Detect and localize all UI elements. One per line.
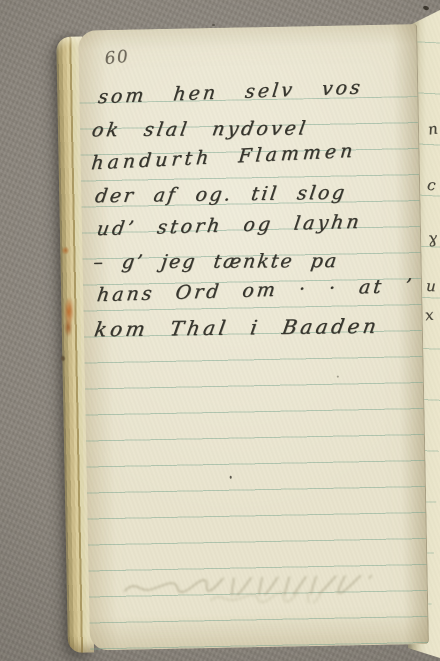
page-number: 60 [104,47,131,70]
handwriting-fragment: x [424,308,434,324]
handwriting-block: som hen selv vos ok slal nydovel handurt… [89,80,406,350]
handwriting-fragment: ɣ [428,231,438,246]
notebook-page: 60 som hen selv vos ok slal nydovel hand… [78,24,429,650]
rust-stain-small [62,246,69,255]
ink-speck [337,376,339,378]
handwriting-line: kom Thal i Baaden [91,313,408,350]
notebook-photo: n c ɣ u x 60 som hen selv vos ok slal ny… [0,0,440,661]
ink-bleed-through-faint [209,591,339,605]
handwriting-fragment: u [426,279,436,294]
handwriting-line: som hen selv vos [95,75,411,120]
background-speck [212,24,215,26]
handwriting-fragment: n [427,121,439,137]
edge-speck [61,356,65,361]
ink-speck [230,476,232,479]
handwriting-fragment: c [426,178,435,194]
rust-stain [62,293,76,339]
